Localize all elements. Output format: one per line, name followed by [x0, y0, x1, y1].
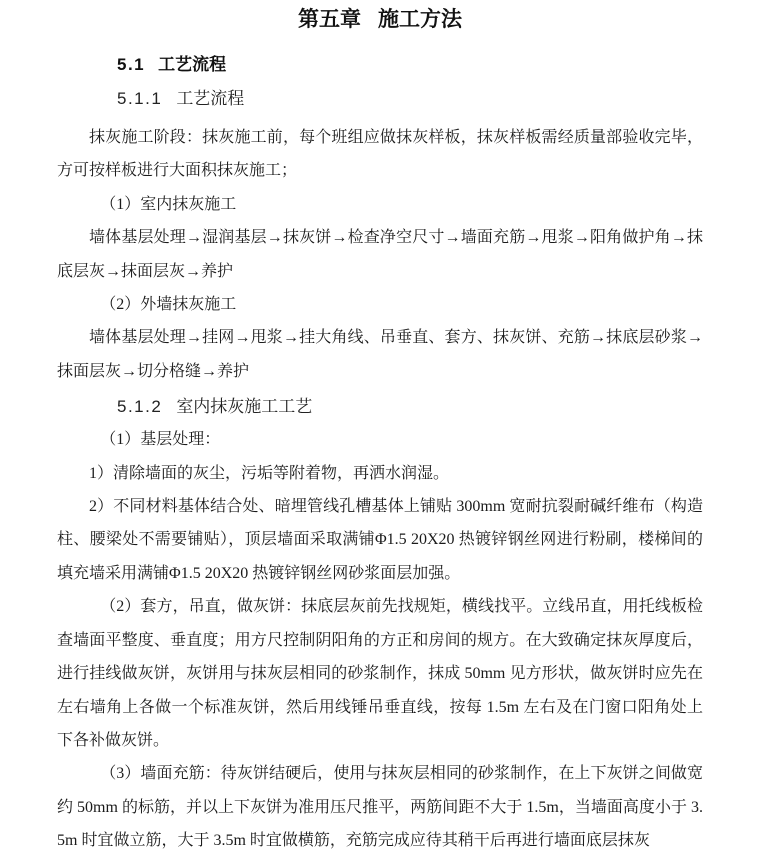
para-step-clean-wall: 1）清除墙面的灰尘，污垢等附着物，再洒水润湿。: [57, 457, 703, 490]
para-step-mesh-reinforce: 2）不同材料基体结合处、暗埋管线孔槽基体上铺贴 300mm 宽耐抗裂耐碱纤维布（…: [57, 490, 703, 590]
heading-5-1-1: 5.1.1工艺流程: [117, 83, 703, 115]
para-flow-indoor: 墙体基层处理→湿润基层→抹灰饼→检查净空尺寸→墙面充筋→甩浆→阳角做护角→抹底层…: [57, 221, 703, 288]
para-flow-exterior: 墙体基层处理→挂网→甩浆→挂大角线、吊垂直、套方、抹灰饼、充筋→抹底层砂浆→抹面…: [57, 321, 703, 388]
para-plaster-stage: 抹灰施工阶段：抹灰施工前，每个班组应做抹灰样板，抹灰样板需经质量部验收完毕，方可…: [57, 121, 703, 188]
chapter-name: 施工方法: [378, 7, 462, 31]
heading-5-1-1-number: 5.1.1: [117, 89, 162, 108]
para-item-indoor-plastering: （1）室内抹灰施工: [57, 188, 703, 221]
heading-5-1-2-number: 5.1.2: [117, 397, 162, 416]
para-item-taofang-ash-cake: （2）套方，吊直，做灰饼：抹底层灰前先找规矩，横线找平。立线吊直，用托线板检查墙…: [57, 590, 703, 757]
heading-5-1-number: 5.1: [117, 55, 145, 74]
heading-5-1: 5.1工艺流程: [117, 49, 703, 81]
chapter-title: 第五章施工方法: [57, 6, 703, 32]
heading-5-1-2: 5.1.2室内抹灰施工工艺: [117, 391, 703, 423]
document-page: 第五章施工方法 5.1工艺流程 5.1.1工艺流程 抹灰施工阶段：抹灰施工前，每…: [0, 0, 760, 864]
heading-5-1-2-text: 室内抹灰施工工艺: [176, 397, 312, 416]
chapter-number: 第五章: [298, 7, 361, 31]
heading-5-1-1-text: 工艺流程: [176, 89, 244, 108]
para-item-exterior-plastering: （2）外墙抹灰施工: [57, 288, 703, 321]
para-item-base-treatment: （1）基层处理：: [57, 423, 703, 456]
heading-5-1-text: 工艺流程: [158, 55, 226, 74]
para-item-wall-ribs: （3）墙面充筋：待灰饼结硬后，使用与抹灰层相同的砂浆制作，在上下灰饼之间做宽约 …: [57, 757, 703, 857]
